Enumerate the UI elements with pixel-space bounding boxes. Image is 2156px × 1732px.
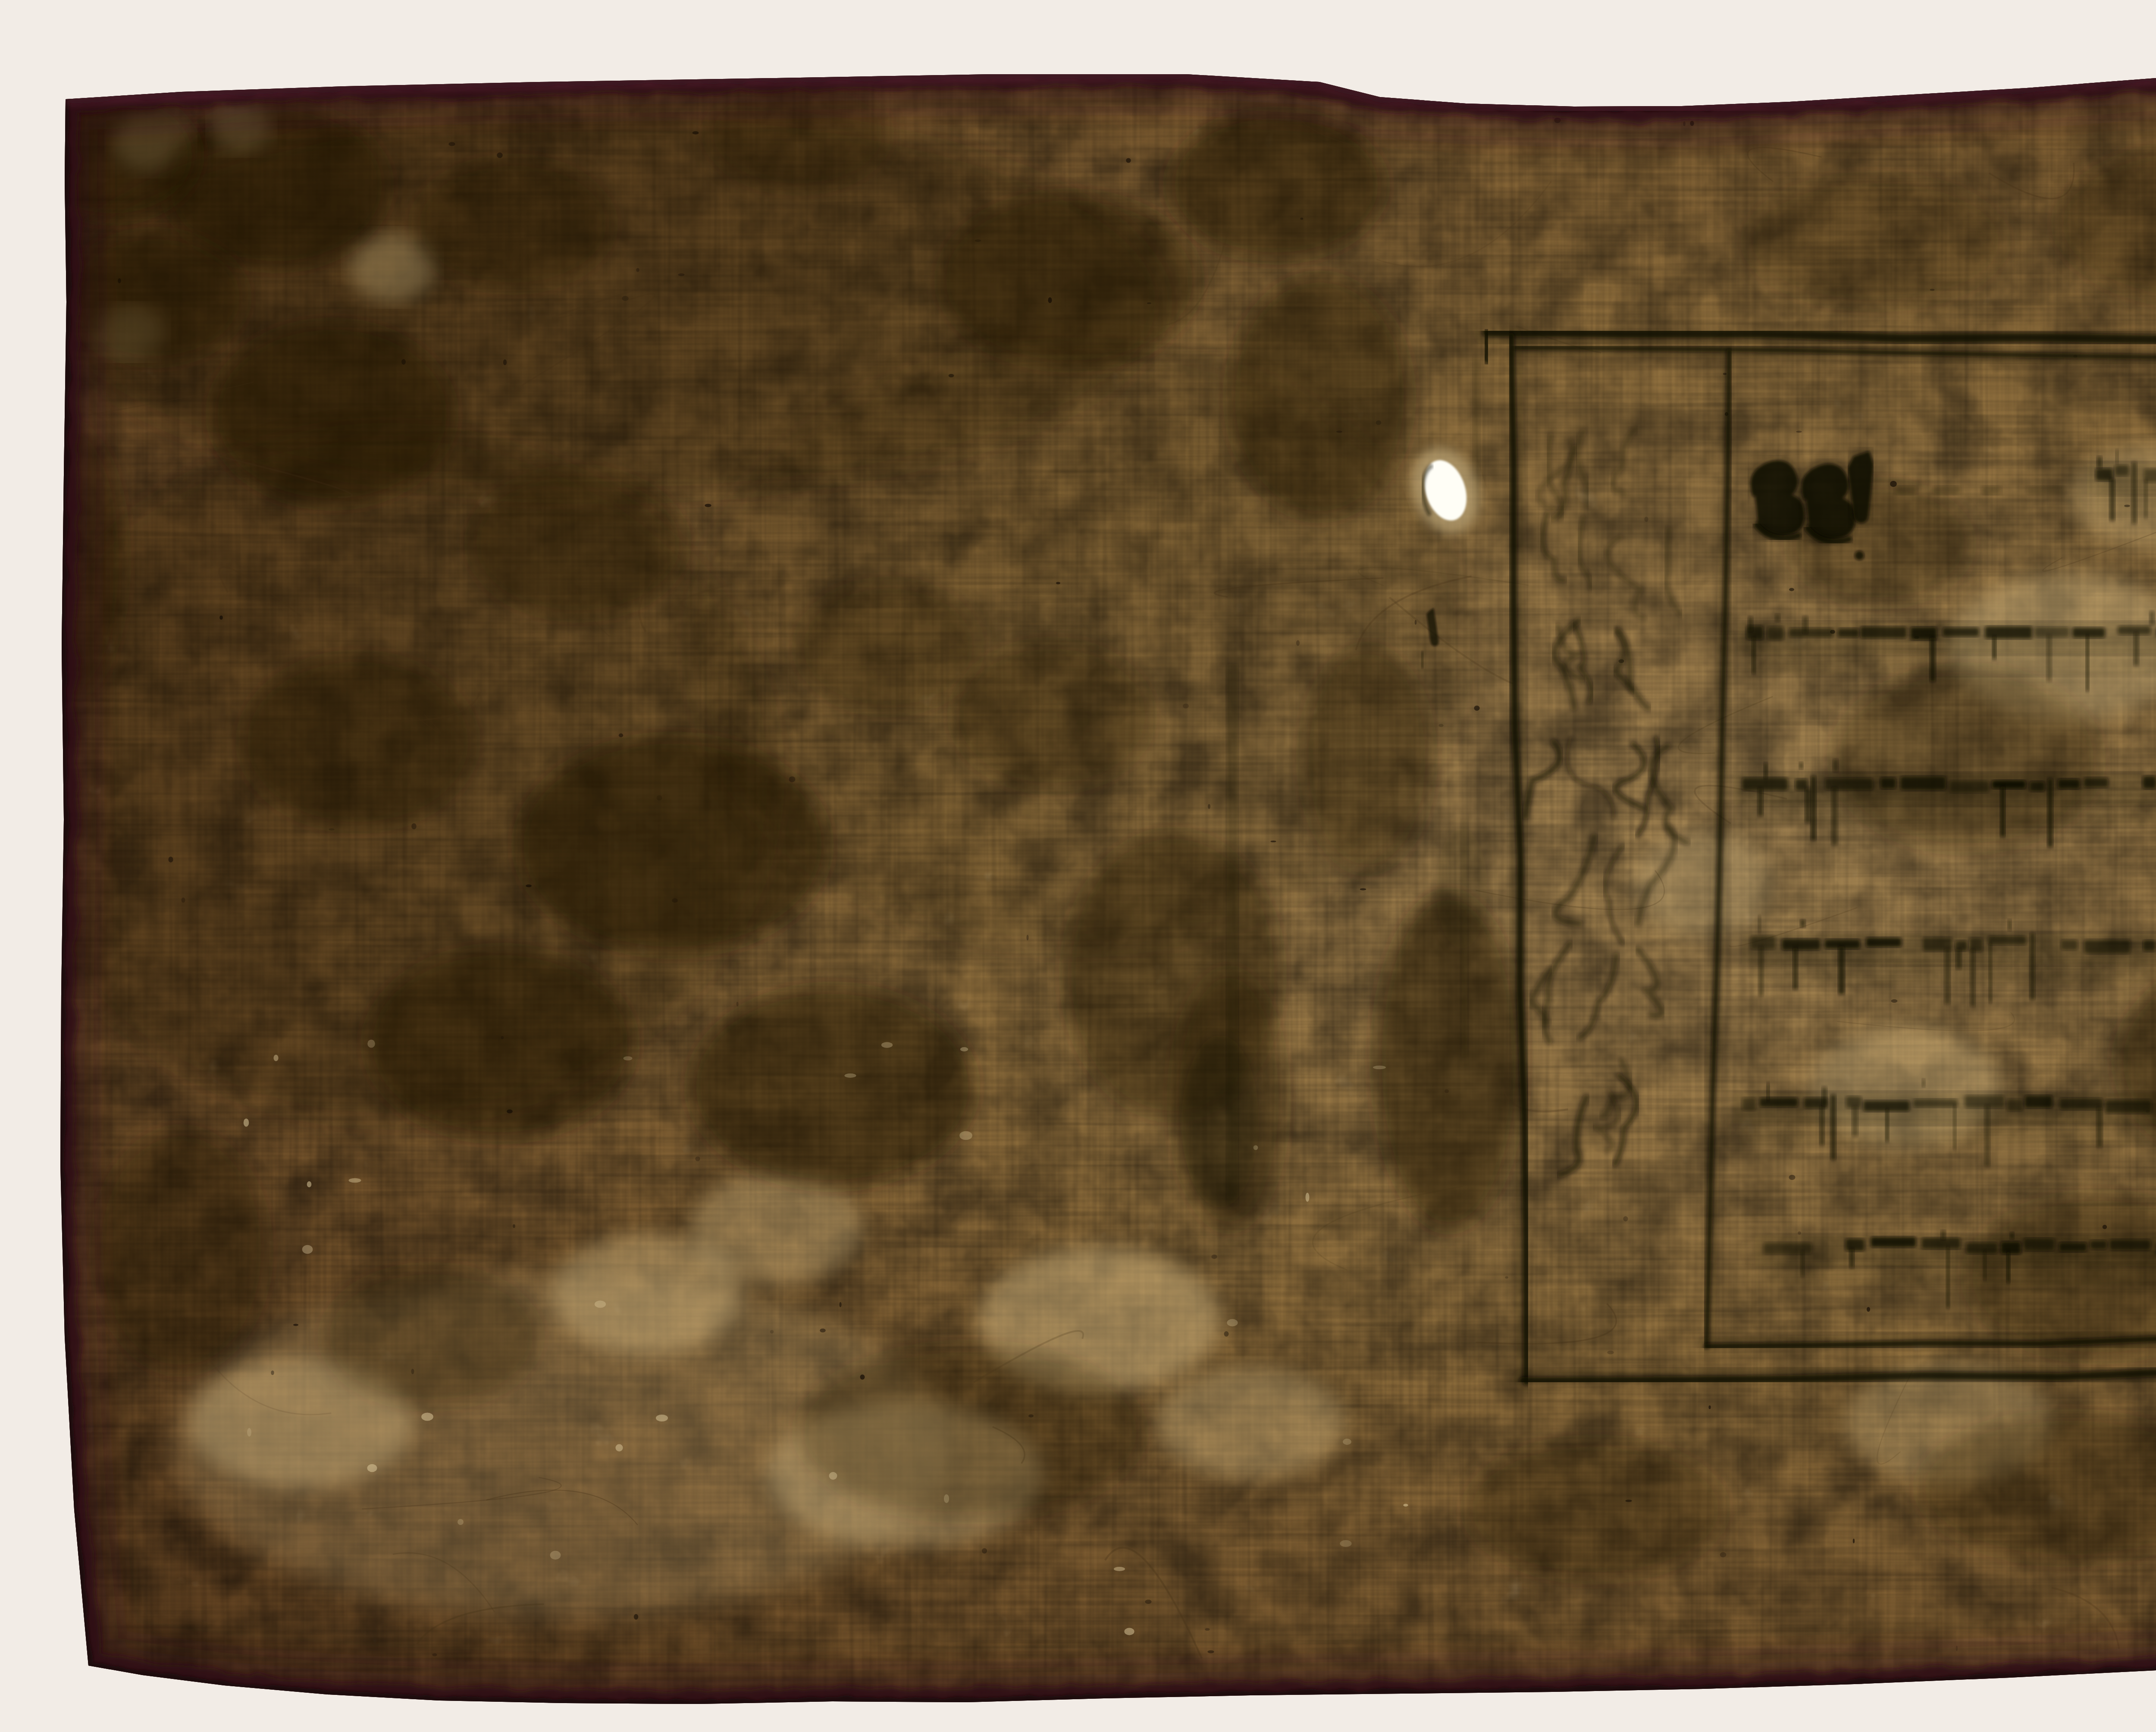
manuscript-folio-paper [0,0,2156,1732]
lightbox-backdrop: Backlit photograph of a Tibetan pecha ma… [0,0,2156,1732]
manuscript-photo: Backlit photograph of a Tibetan pecha ma… [0,0,2156,1732]
